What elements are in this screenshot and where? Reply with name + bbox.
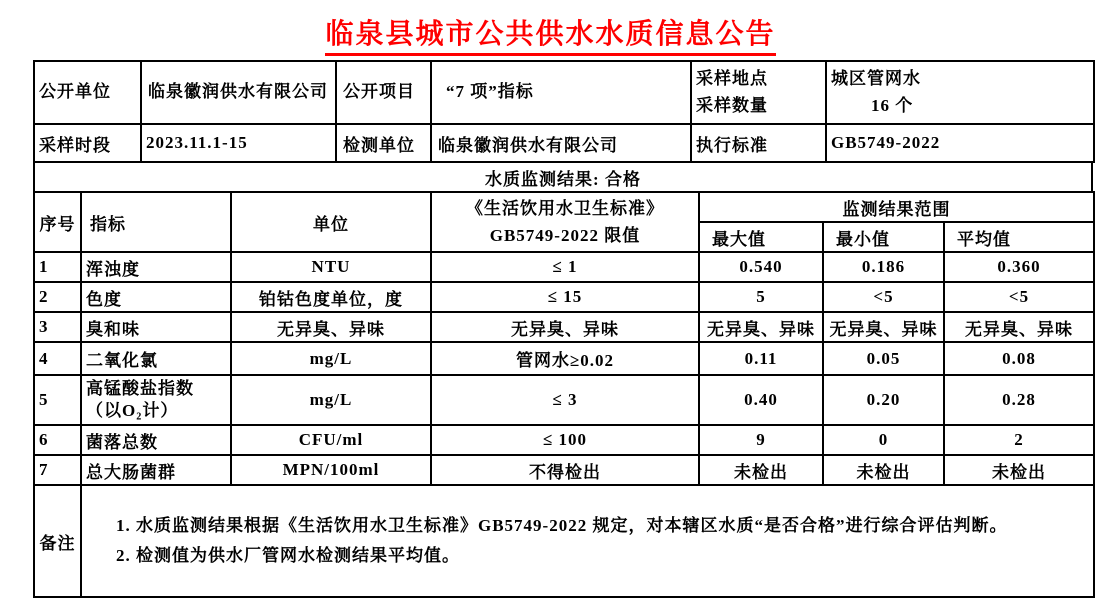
limit-header-line2: GB5749-2022 限值 <box>436 222 694 249</box>
info-label-sampling-point-count: 采样地点 采样数量 <box>691 61 826 124</box>
info-label-testing-unit: 检测单位 <box>336 124 431 162</box>
min-cell: 未检出 <box>823 455 944 485</box>
unit-cell: mg/L <box>231 375 431 425</box>
table-row: 6 菌落总数 CFU/ml ≤ 100 9 0 2 <box>34 425 1094 455</box>
info-label-publish-item: 公开项目 <box>336 61 431 124</box>
max-cell: 无异臭、异味 <box>699 312 823 342</box>
remark-label: 备注 <box>34 485 81 597</box>
result-banner: 水质监测结果: 合格 <box>34 162 1092 192</box>
table-row: 3 臭和味 无异臭、异味 无异臭、异味 无异臭、异味 无异臭、异味 无异臭、异味 <box>34 312 1094 342</box>
indicator-cell: 色度 <box>81 282 231 312</box>
limit-cell: ≤ 15 <box>431 282 699 312</box>
indicator-line1: 高锰酸盐指数 <box>86 378 226 400</box>
unit-cell: MPN/100ml <box>231 455 431 485</box>
unit-cell: NTU <box>231 252 431 282</box>
info-label-sampling-period: 采样时段 <box>34 124 141 162</box>
min-cell: 0 <box>823 425 944 455</box>
avg-cell: 0.360 <box>944 252 1094 282</box>
sampling-point-label: 采样地点 <box>696 66 821 92</box>
seq-cell: 7 <box>34 455 81 485</box>
info-label-publish-unit: 公开单位 <box>34 61 141 124</box>
seq-cell: 5 <box>34 375 81 425</box>
unit-cell: 无异臭、异味 <box>231 312 431 342</box>
avg-cell: 未检出 <box>944 455 1094 485</box>
max-cell: 0.40 <box>699 375 823 425</box>
title-row: 临泉县城市公共供水水质信息公告 <box>0 0 1101 60</box>
col-header-seq: 序号 <box>34 192 81 252</box>
info-value-testing-unit: 临泉徽润供水有限公司 <box>431 124 691 162</box>
max-cell: 5 <box>699 282 823 312</box>
limit-cell: ≤ 3 <box>431 375 699 425</box>
page-title: 临泉县城市公共供水水质信息公告 <box>325 12 775 56</box>
avg-cell: 0.08 <box>944 342 1094 375</box>
indicator-line2: （以O₂计） <box>86 400 226 422</box>
seq-cell: 2 <box>34 282 81 312</box>
table-row: 1 浑浊度 NTU ≤ 1 0.540 0.186 0.360 <box>34 252 1094 282</box>
seq-cell: 6 <box>34 425 81 455</box>
remark-content: 1. 水质监测结果根据《生活饮用水卫生标准》GB5749-2022 规定，对本辖… <box>81 485 1094 597</box>
result-banner-table: 水质监测结果: 合格 <box>33 161 1093 193</box>
min-cell: 0.186 <box>823 252 944 282</box>
indicator-cell: 臭和味 <box>81 312 231 342</box>
table-row: 2 色度 铂钴色度单位，度 ≤ 15 5 <5 <5 <box>34 282 1094 312</box>
avg-cell: 2 <box>944 425 1094 455</box>
limit-cell: 管网水≥0.02 <box>431 342 699 375</box>
unit-cell: CFU/ml <box>231 425 431 455</box>
max-cell: 0.11 <box>699 342 823 375</box>
indicator-cell: 高锰酸盐指数 （以O₂计） <box>81 375 231 425</box>
info-value-publish-item: “7 项”指标 <box>431 61 691 124</box>
limit-cell: 无异臭、异味 <box>431 312 699 342</box>
table-row: 7 总大肠菌群 MPN/100ml 不得检出 未检出 未检出 未检出 <box>34 455 1094 485</box>
limit-cell: ≤ 100 <box>431 425 699 455</box>
sampling-count-label: 采样数量 <box>696 93 821 119</box>
table-row: 5 高锰酸盐指数 （以O₂计） mg/L ≤ 3 0.40 0.20 0.28 <box>34 375 1094 425</box>
remark-row: 备注 1. 水质监测结果根据《生活饮用水卫生标准》GB5749-2022 规定，… <box>34 485 1094 597</box>
col-header-range-group: 监测结果范围 <box>699 192 1094 222</box>
info-label-standard: 执行标准 <box>691 124 826 162</box>
col-header-indicator: 指标 <box>81 192 231 252</box>
sampling-count-value: 16 个 <box>831 93 1089 119</box>
sampling-point-value: 城区管网水 <box>831 66 1089 92</box>
table-row: 采样时段 2023.11.1-15 检测单位 临泉徽润供水有限公司 执行标准 G… <box>34 124 1094 162</box>
max-cell: 9 <box>699 425 823 455</box>
max-cell: 未检出 <box>699 455 823 485</box>
col-header-avg: 平均值 <box>944 222 1094 252</box>
seq-cell: 3 <box>34 312 81 342</box>
table-row: 4 二氧化氯 mg/L 管网水≥0.02 0.11 0.05 0.08 <box>34 342 1094 375</box>
col-header-limit: 《生活饮用水卫生标准》 GB5749-2022 限值 <box>431 192 699 252</box>
avg-cell: 无异臭、异味 <box>944 312 1094 342</box>
main-table: 序号 指标 单位 《生活饮用水卫生标准》 GB5749-2022 限值 监测结果… <box>33 191 1095 598</box>
max-cell: 0.540 <box>699 252 823 282</box>
limit-cell: 不得检出 <box>431 455 699 485</box>
seq-cell: 4 <box>34 342 81 375</box>
avg-cell: <5 <box>944 282 1094 312</box>
limit-header-line1: 《生活饮用水卫生标准》 <box>436 195 694 222</box>
col-header-max: 最大值 <box>699 222 823 252</box>
indicator-cell: 浑浊度 <box>81 252 231 282</box>
indicator-cell: 总大肠菌群 <box>81 455 231 485</box>
remark-line2: 2. 检测值为供水厂管网水检测结果平均值。 <box>90 541 1081 571</box>
min-cell: 0.05 <box>823 342 944 375</box>
avg-cell: 0.28 <box>944 375 1094 425</box>
indicator-cell: 菌落总数 <box>81 425 231 455</box>
col-header-unit: 单位 <box>231 192 431 252</box>
col-header-min: 最小值 <box>823 222 944 252</box>
min-cell: <5 <box>823 282 944 312</box>
remark-line1: 1. 水质监测结果根据《生活饮用水卫生标准》GB5749-2022 规定，对本辖… <box>90 511 1081 541</box>
info-value-sampling-period: 2023.11.1-15 <box>141 124 336 162</box>
table-header-row: 序号 指标 单位 《生活饮用水卫生标准》 GB5749-2022 限值 监测结果… <box>34 192 1094 222</box>
unit-cell: mg/L <box>231 342 431 375</box>
min-cell: 无异臭、异味 <box>823 312 944 342</box>
info-value-standard: GB5749-2022 <box>826 124 1094 162</box>
unit-cell: 铂钴色度单位，度 <box>231 282 431 312</box>
info-value-sampling-point-count: 城区管网水 16 个 <box>826 61 1094 124</box>
info-table: 公开单位 临泉徽润供水有限公司 公开项目 “7 项”指标 采样地点 采样数量 城… <box>33 60 1095 163</box>
table-row: 公开单位 临泉徽润供水有限公司 公开项目 “7 项”指标 采样地点 采样数量 城… <box>34 61 1094 124</box>
min-cell: 0.20 <box>823 375 944 425</box>
table-row: 水质监测结果: 合格 <box>34 162 1092 192</box>
info-value-publish-unit: 临泉徽润供水有限公司 <box>141 61 336 124</box>
seq-cell: 1 <box>34 252 81 282</box>
limit-cell: ≤ 1 <box>431 252 699 282</box>
indicator-cell: 二氧化氯 <box>81 342 231 375</box>
